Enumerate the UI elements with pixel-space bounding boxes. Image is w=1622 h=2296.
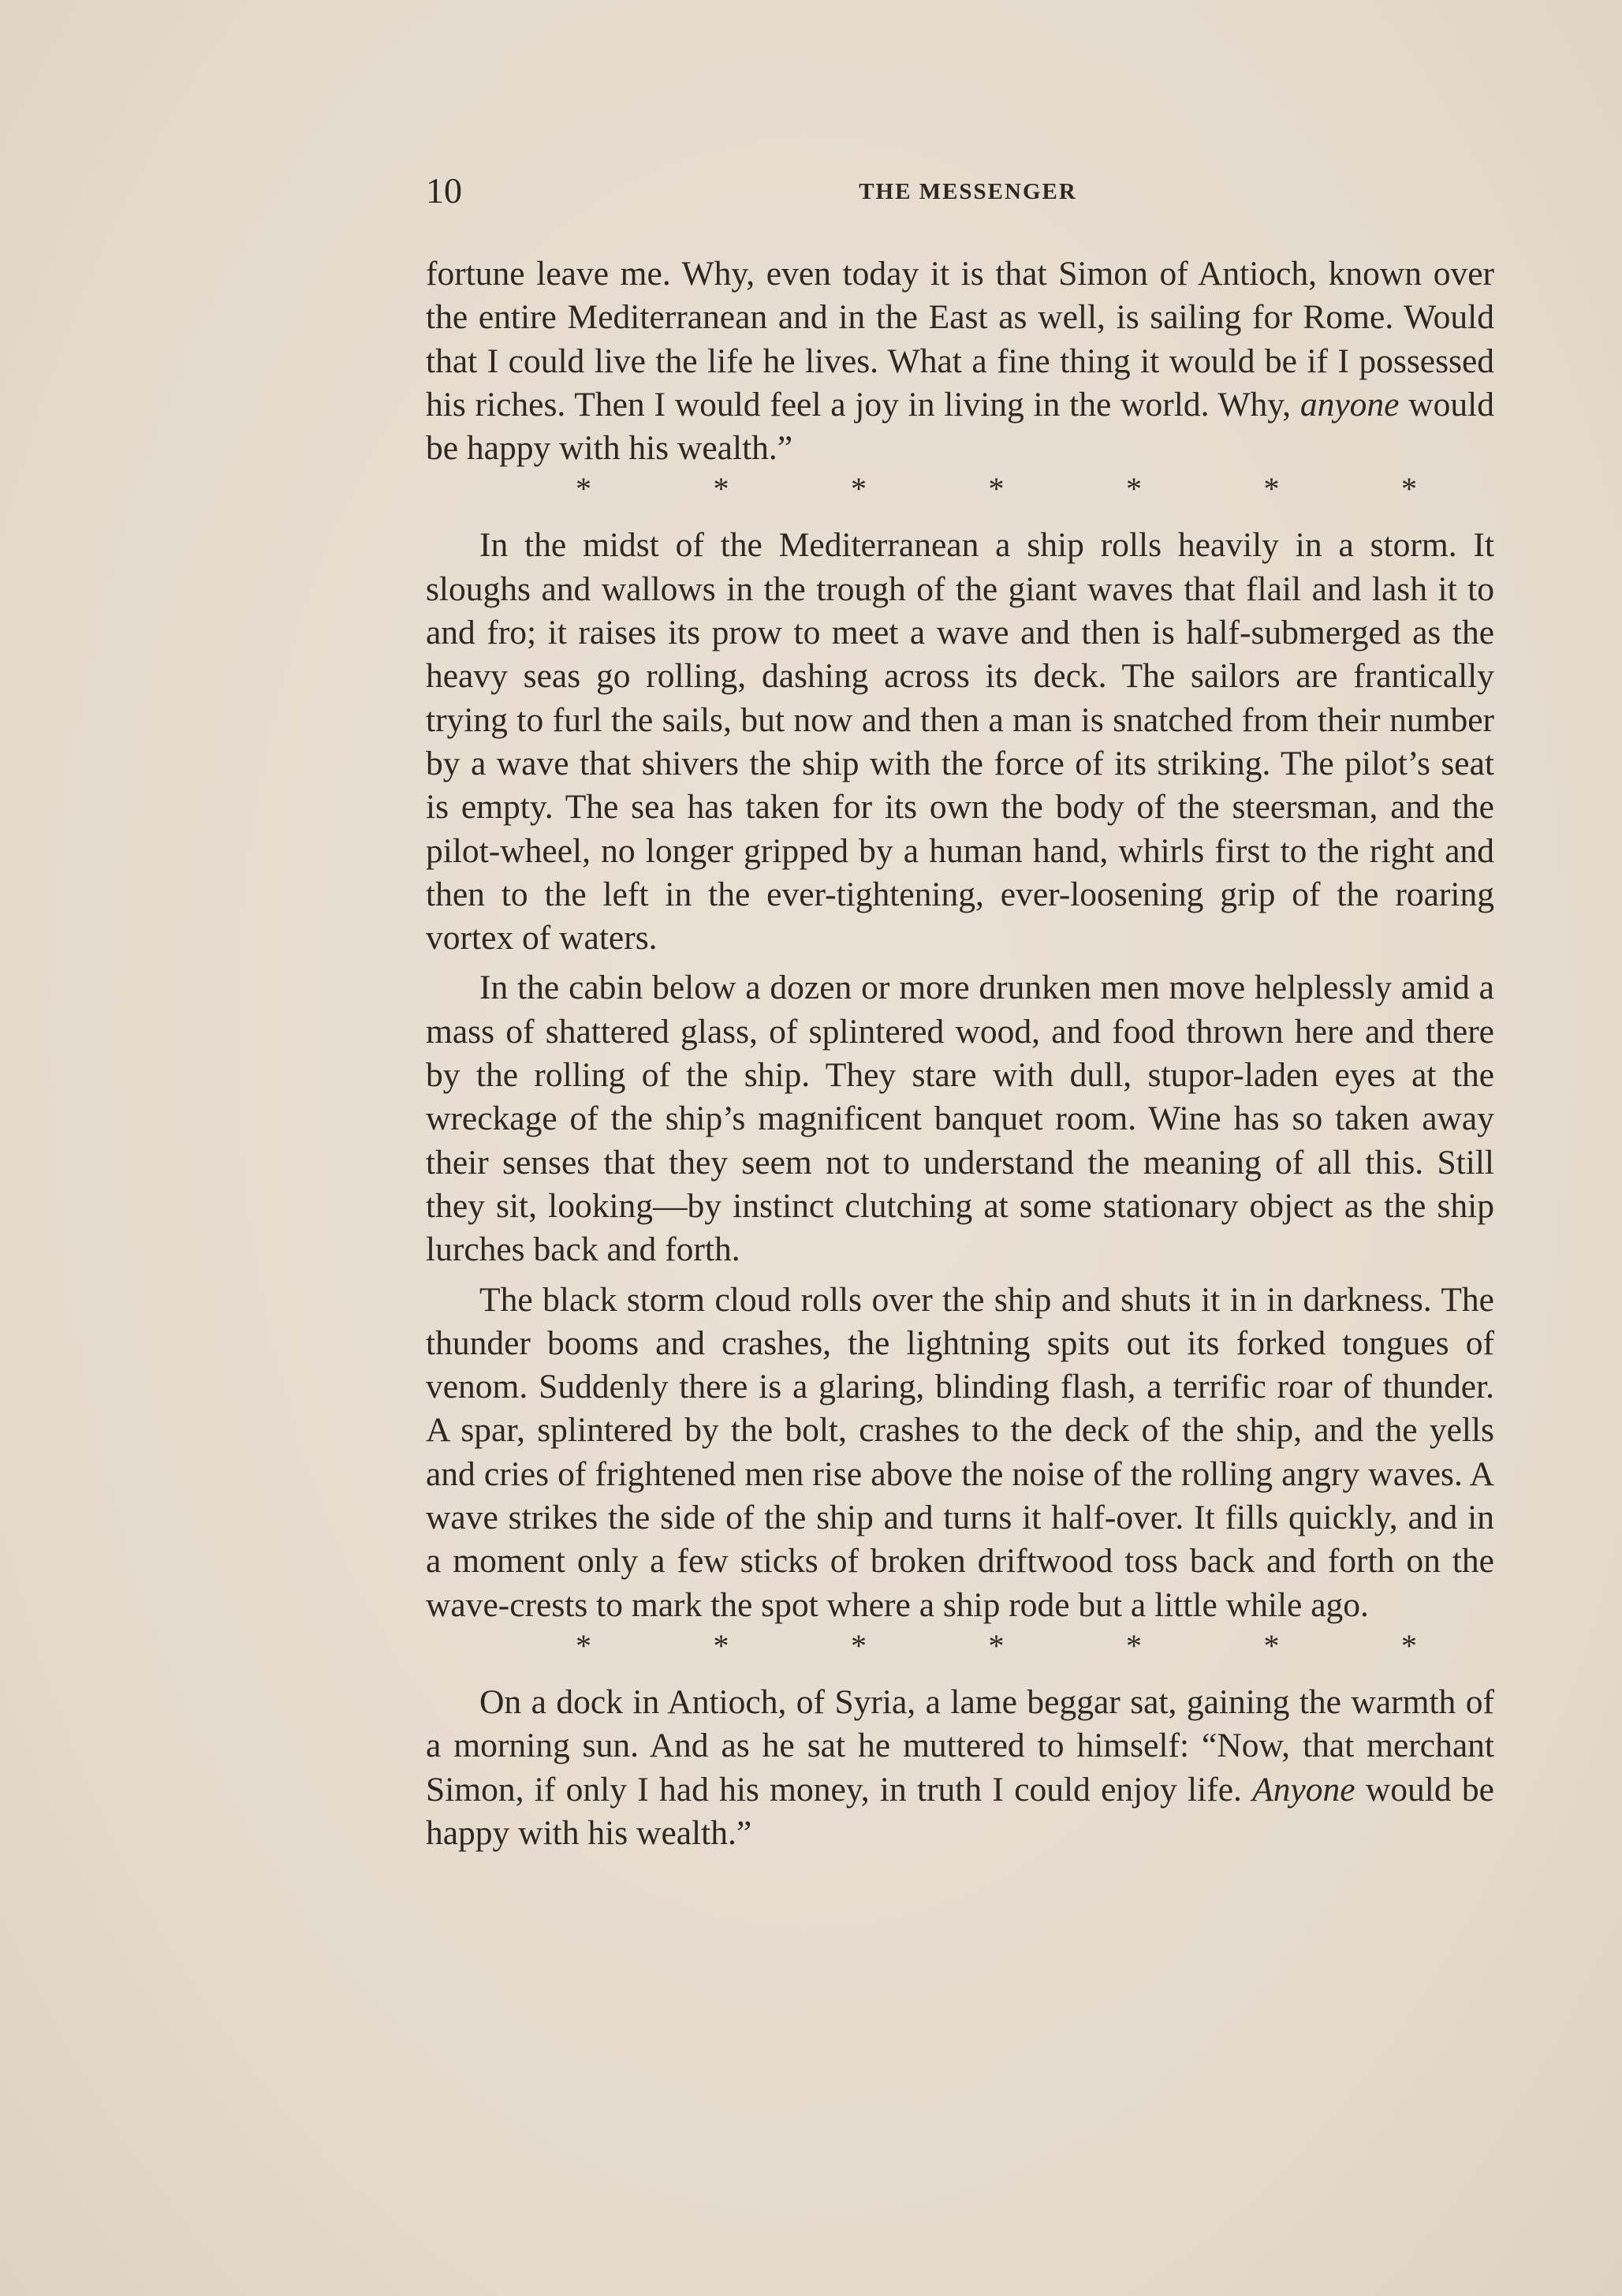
asterisk: * — [1401, 472, 1417, 517]
running-title: THE MESSENGER — [426, 172, 1494, 211]
asterisk: * — [1401, 1629, 1417, 1674]
section-separator: * * * * * * * — [426, 472, 1494, 517]
asterisk: * — [1126, 1629, 1142, 1674]
emphasis-anyone: anyone — [1300, 386, 1400, 424]
paragraph-2: In the midst of the Mediterranean a ship… — [426, 524, 1494, 960]
asterisk: * — [989, 1629, 1005, 1674]
asterisk: * — [1264, 472, 1280, 517]
asterisk: * — [576, 472, 591, 517]
section-separator: * * * * * * * — [426, 1629, 1494, 1674]
asterisk: * — [576, 1629, 591, 1674]
paragraph-3: In the cabin below a dozen or more drunk… — [426, 966, 1494, 1271]
paragraph-5: On a dock in Antioch, of Syria, a lame b… — [426, 1681, 1494, 1855]
asterisk: * — [989, 472, 1005, 517]
paragraph-1: fortune leave me. Why, even today it is … — [426, 252, 1494, 470]
emphasis-anyone: Anyone — [1252, 1771, 1355, 1809]
page-header: 10 THE MESSENGER — [426, 167, 1494, 215]
asterisk: * — [1264, 1629, 1280, 1674]
asterisk: * — [851, 472, 867, 517]
asterisk: * — [851, 1629, 867, 1674]
asterisk: * — [714, 1629, 729, 1674]
asterisk: * — [1126, 472, 1142, 517]
asterisk: * — [714, 472, 729, 517]
body-text: fortune leave me. Why, even today it is … — [426, 252, 1494, 1855]
paragraph-4: The black storm cloud rolls over the shi… — [426, 1279, 1494, 1627]
